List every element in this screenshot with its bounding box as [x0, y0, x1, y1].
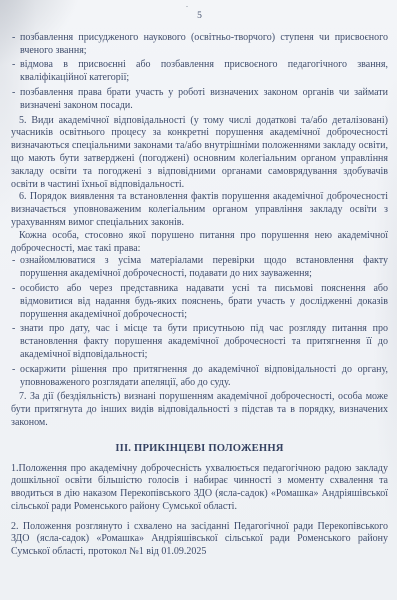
dash-marker: -	[12, 59, 15, 72]
paragraph-6: 6. Порядок виявлення та встановлення фак…	[11, 191, 388, 229]
paragraph-5: 5. Види академічної відповідальності (у …	[11, 115, 388, 192]
final-paragraph-1: 1.Положення про академічну доброчесність…	[11, 463, 388, 514]
list-item-text: особисто або через представника надавати…	[20, 283, 388, 320]
dash-marker: -	[12, 87, 15, 100]
dash-marker: -	[12, 364, 15, 377]
document-page: 5 - позбавлення присудженого наукового (…	[0, 0, 397, 600]
scan-speck	[186, 6, 188, 7]
dash-marker: -	[12, 32, 15, 45]
dash-marker: -	[12, 283, 15, 296]
list-item-text: ознайомлюватися з усіма матеріалами пере…	[20, 255, 388, 279]
final-paragraph-2: 2. Положення розглянуто і схвалено на за…	[11, 521, 388, 559]
list-item: - відмова в присвоєнні або позбавлення п…	[11, 59, 388, 85]
list-item-text: знати про дату, час і місце та бути прис…	[20, 323, 388, 360]
sanctions-list: - позбавлення присудженого наукового (ос…	[11, 32, 388, 113]
scan-speck	[367, 205, 368, 207]
list-item: - позбавлення права брати участь у робот…	[11, 87, 388, 113]
paragraph-gap	[11, 514, 388, 521]
rights-list: - ознайомлюватися з усіма матеріалами пе…	[11, 255, 388, 389]
list-item: - позбавлення присудженого наукового (ос…	[11, 32, 388, 58]
list-item: - ознайомлюватися з усіма матеріалами пе…	[11, 255, 388, 281]
dash-marker: -	[12, 255, 15, 268]
list-item-text: оскаржити рішення про притягнення до ака…	[20, 364, 388, 388]
list-item: - знати про дату, час і місце та бути пр…	[11, 323, 388, 361]
list-item-text: позбавлення права брати участь у роботі …	[20, 87, 388, 111]
list-item-text: відмова в присвоєнні або позбавлення при…	[20, 59, 388, 83]
page-number: 5	[11, 10, 388, 23]
section-heading: ІІІ. ПРИКІНЦЕВІ ПОЛОЖЕННЯ	[11, 443, 388, 456]
rights-intro: Кожна особа, стосовно якої порушено пита…	[11, 230, 388, 256]
paragraph-7: 7. За дії (бездіяльність) визнані поруше…	[11, 391, 388, 429]
list-item-text: позбавлення присудженого наукового (осві…	[20, 32, 388, 56]
list-item: - оскаржити рішення про притягнення до а…	[11, 364, 388, 390]
dash-marker: -	[12, 323, 15, 336]
list-item: - особисто або через представника надава…	[11, 283, 388, 321]
